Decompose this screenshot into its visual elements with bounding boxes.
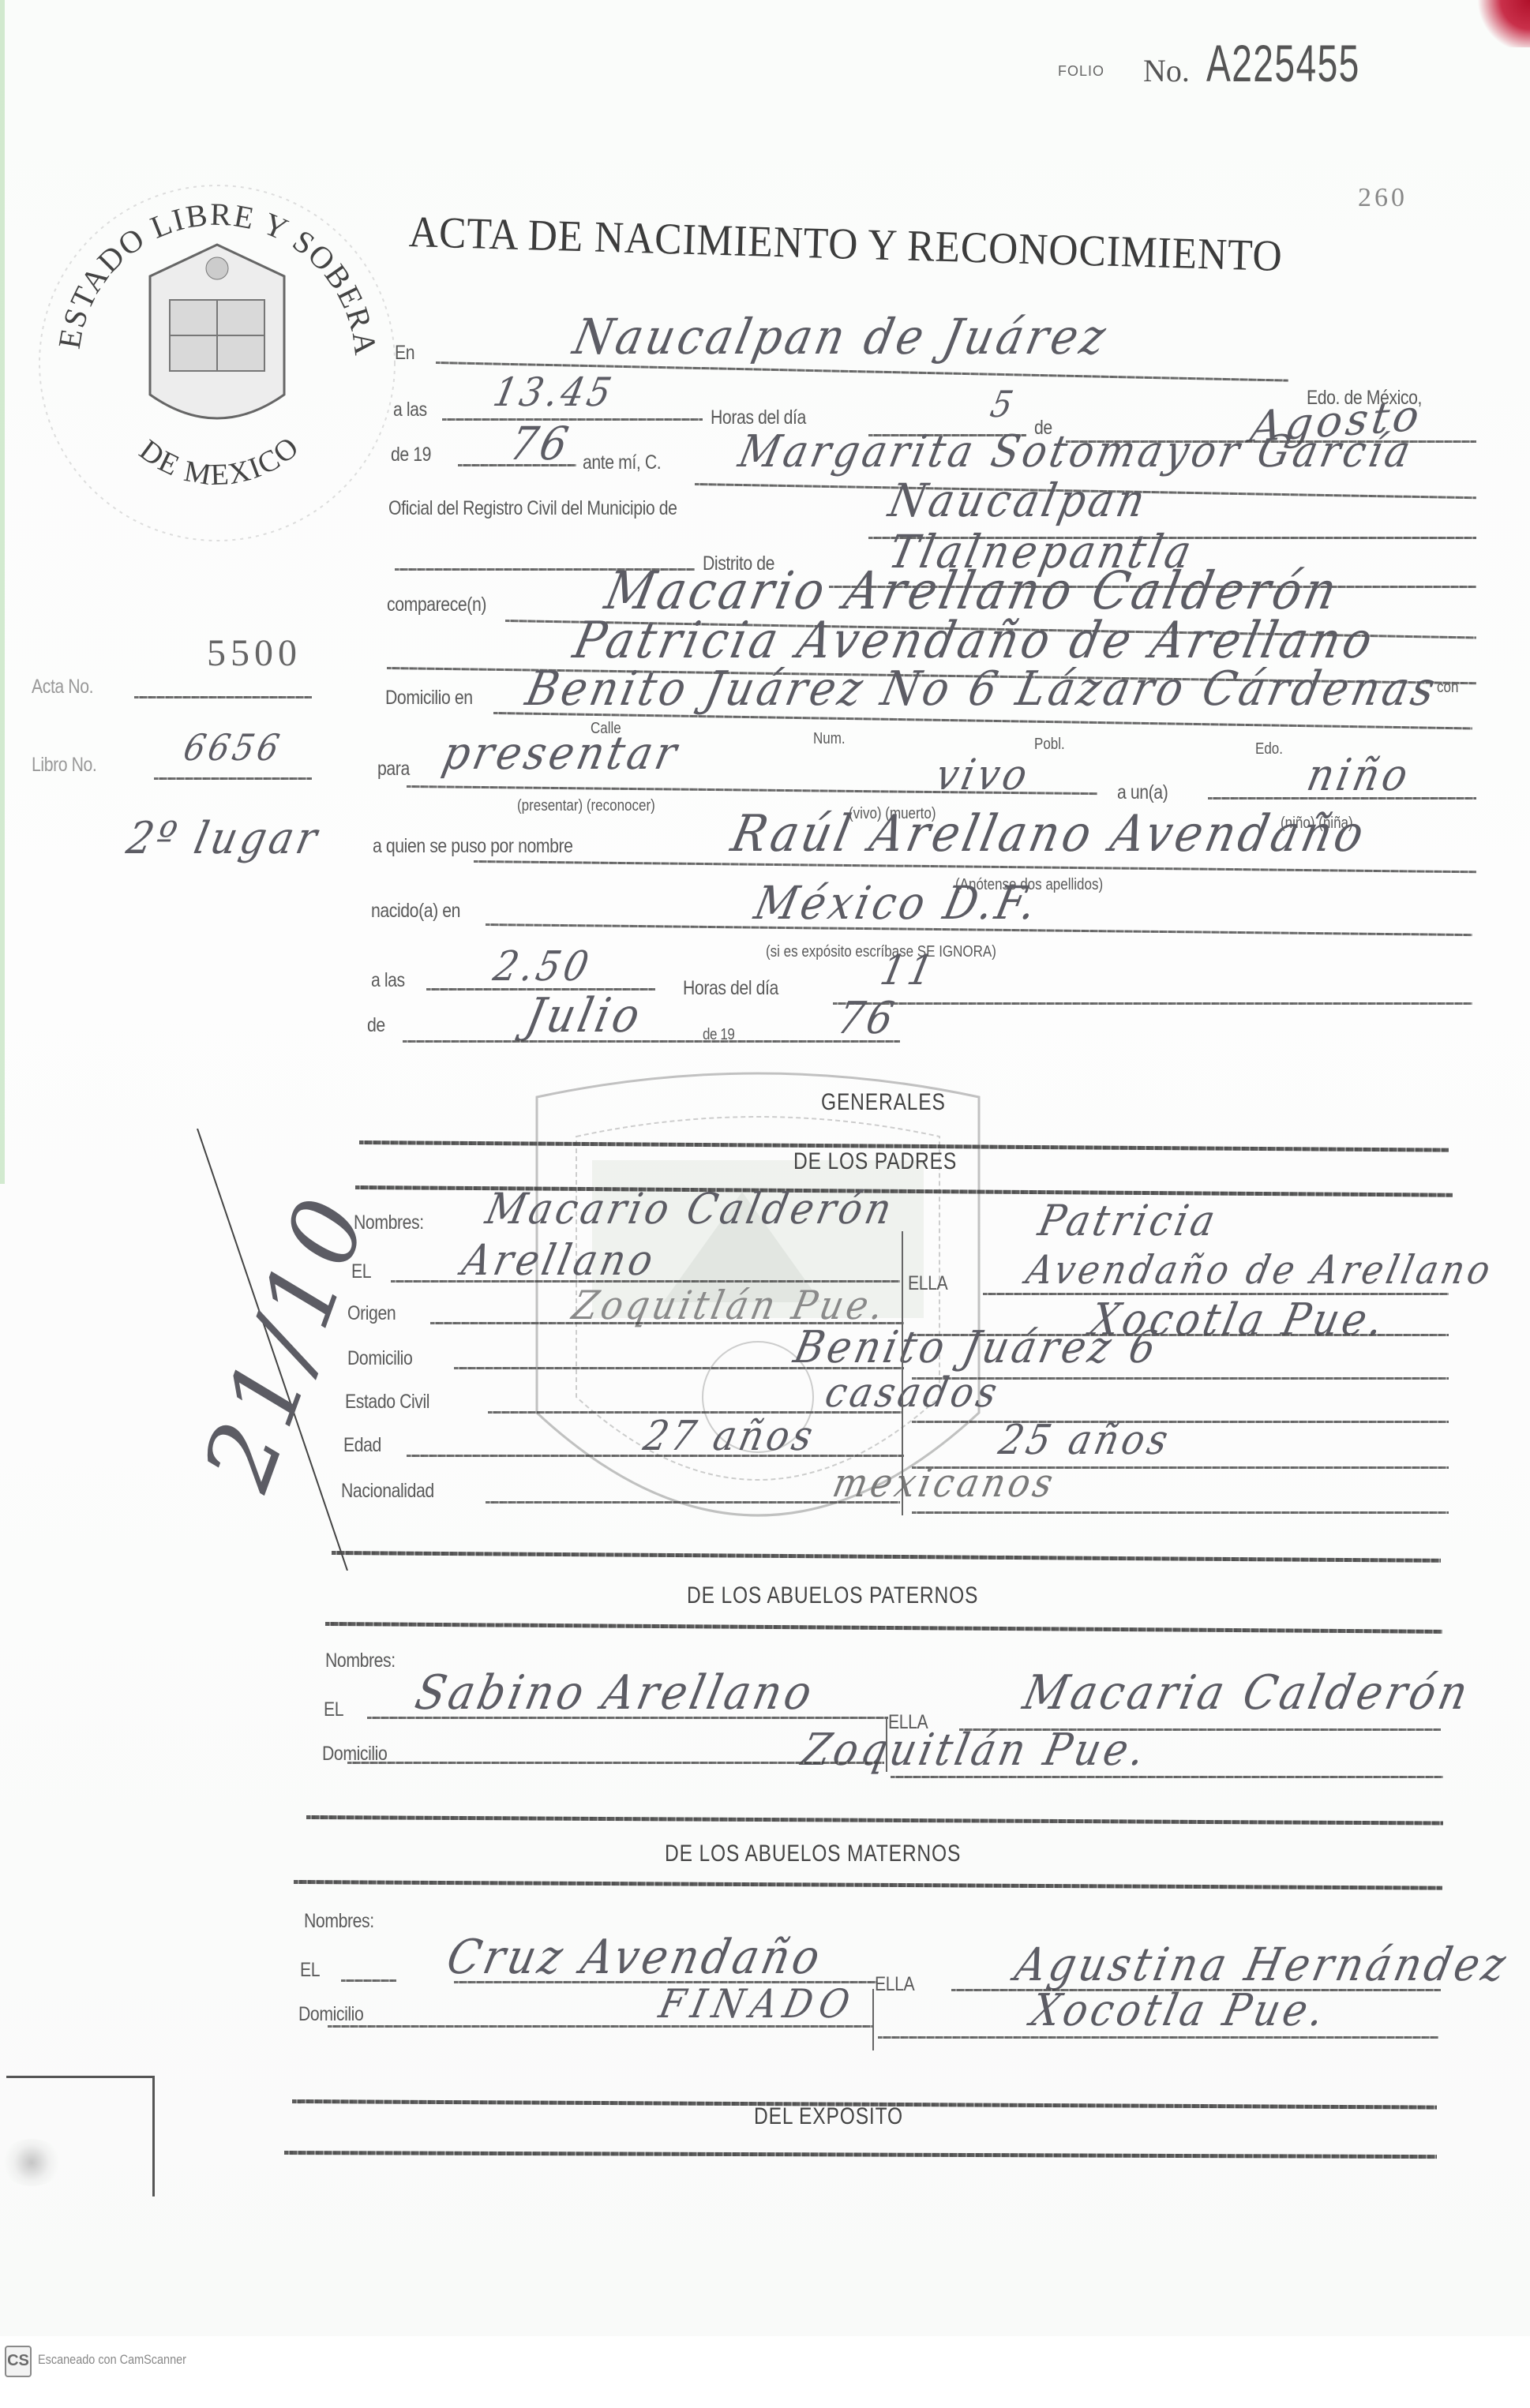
scan-edge <box>0 0 5 1184</box>
folio-no-label: No. <box>1143 52 1190 89</box>
padres-ella-label: ELLA <box>908 1272 947 1295</box>
para-value: presentar <box>438 726 685 780</box>
domicilio-value: Benito Juárez No 6 Lázaro Cárdenas <box>521 661 1443 717</box>
padres-ella-edad: 25 años <box>995 1417 1176 1464</box>
paternos-nombres-label: Nombres: <box>325 1650 396 1672</box>
dia-value: 5 <box>987 383 1020 425</box>
section-abuelos-maternos: DE LOS ABUELOS MATERNOS <box>665 1841 961 1867</box>
padres-estado-civil-label: Estado Civil <box>345 1391 429 1414</box>
en-value: Naucalpan de Juárez <box>568 308 1114 365</box>
margin-note: 2º lugar <box>122 813 325 864</box>
padres-origen-label: Origen <box>347 1302 396 1325</box>
anio-line <box>458 464 576 466</box>
maternos-ella-label: ELLA <box>875 1973 914 1996</box>
section-padres: DE LOS PADRES <box>793 1148 957 1175</box>
padres-domicilio-label: Domicilio <box>347 1347 412 1370</box>
nac-de-label: de <box>367 1014 385 1037</box>
libro-number-line <box>154 777 312 780</box>
municipio-value: Naucalpan <box>884 474 1153 527</box>
maternos-ella-domicilio-line <box>878 2036 1438 2039</box>
nino-value: niño <box>1303 750 1416 801</box>
maternos-el-label: EL <box>300 1959 320 1982</box>
padres-nacionalidad-label: Nacionalidad <box>341 1480 434 1503</box>
padres-ella-nombre-2: Avendaño de Arellano <box>1022 1247 1498 1293</box>
pobl-label: Pobl. <box>1034 736 1065 754</box>
nac-dia-line <box>833 1002 1472 1005</box>
nac-horas-label: Horas del día <box>683 977 778 1000</box>
section-exposito: DEL EXPOSITO <box>754 2103 903 2130</box>
red-corner-mark <box>1475 0 1530 47</box>
folio-number: A225455 <box>1206 33 1360 93</box>
edo-short-label: Edo. <box>1255 740 1283 758</box>
para-label: para <box>377 758 410 781</box>
nac-hora-value: 2.50 <box>489 943 596 991</box>
hora-value: 13.45 <box>489 369 619 415</box>
abuelos-maternos-rule <box>294 1880 1442 1890</box>
nino-line <box>1208 797 1476 800</box>
nombre-label: a quien se puso por nombre <box>373 835 573 858</box>
scanner-watermark-text: Escaneado con CamScanner <box>38 2352 186 2368</box>
paternos-domicilio-line-ella <box>891 1776 1443 1778</box>
expuesto-hint: (si es expósito escríbase SE IGNORA) <box>766 943 996 961</box>
padres-ella-nombre-1: Patricia <box>1034 1196 1223 1245</box>
acta-number-line <box>134 696 312 698</box>
paternos-el-label: EL <box>324 1698 343 1721</box>
acta-number-value: 5500 <box>207 631 302 675</box>
libro-number-label: Libro No. <box>32 754 96 777</box>
maternos-ella-nombre: Agustina Hernández <box>1011 1938 1514 1991</box>
oficial-value: Margarita Sotomayor García <box>734 426 1418 477</box>
maternos-domicilio-label: Domicilio <box>298 2003 363 2026</box>
nac-las-label: a las <box>371 969 405 992</box>
ante-label: ante mí, C. <box>583 451 661 474</box>
padres-domicilio: Benito Juárez 6 <box>789 1322 1164 1373</box>
nac-dia-value: 11 <box>876 947 940 994</box>
paternos-el-nombre: Sabino Arellano <box>411 1665 820 1721</box>
comparece-label: comparece(n) <box>387 594 486 616</box>
oficial-label: Oficial del Registro Civil del Municipio… <box>388 497 677 520</box>
libro-number-value: 6656 <box>180 726 287 769</box>
a-un-label: a un(a) <box>1117 781 1168 804</box>
nombre-value: Raúl Arellano Avendaño <box>726 805 1372 863</box>
padres-nombres-label: Nombres: <box>354 1211 424 1234</box>
padres-nacionalidad-line-ella <box>912 1511 1449 1514</box>
abuelos-maternos-top-rule <box>306 1815 1443 1826</box>
acta-number-label: Acta No. <box>32 676 93 698</box>
ink-smudge <box>0 2139 63 2186</box>
folio-label: FOLIO <box>1058 63 1104 80</box>
presentar-hint: (presentar) (reconocer) <box>517 797 655 815</box>
padres-el-edad: 27 años <box>639 1413 820 1460</box>
maternos-ella-domicilio: Xocotla Pue. <box>1026 1985 1332 2036</box>
exposito-rule <box>284 2151 1437 2159</box>
maternos-el-line-short <box>341 1979 396 1982</box>
maternos-el-nombre: Cruz Avendaño <box>442 1930 828 1985</box>
padres-nacionalidad: mexicanos <box>829 1460 1060 1506</box>
paternos-domicilio: Zoquitlán Pue. <box>797 1725 1153 1776</box>
state-seal-icon: ESTADO LIBRE Y SOBERANO DE MEXICO <box>32 182 418 545</box>
maternos-column-divider <box>872 1989 874 2050</box>
document-title: ACTA DE NACIMIENTO Y RECONOCIMIENTO <box>408 207 1283 282</box>
paternos-ella-nombre: Macaria Calderón <box>1018 1665 1476 1721</box>
section-generales: GENERALES <box>821 1089 946 1116</box>
padres-edad-label: Edad <box>343 1434 381 1457</box>
en-label: En <box>395 342 414 365</box>
padres-estado-civil-line-ella <box>912 1421 1449 1423</box>
con-label: con <box>1437 679 1458 697</box>
scanner-footer: CS Escaneado con CamScanner <box>0 2336 1530 2408</box>
vertical-margin-note: 21/10 <box>150 1129 355 1571</box>
section-abuelos-paternos: DE LOS ABUELOS PATERNOS <box>687 1582 978 1609</box>
paternos-domicilio-line-el <box>347 1762 884 1764</box>
padres-el-nombre-1: Macario Calderón <box>482 1184 899 1234</box>
anio-prefix-label: de 19 <box>391 444 431 466</box>
padres-el-edad-line <box>407 1455 904 1457</box>
padres-nacionalidad-line-el <box>486 1501 900 1504</box>
page-number-stamp: 260 <box>1358 183 1408 213</box>
anio-value: 76 <box>505 417 576 470</box>
las-label: a las <box>393 399 427 421</box>
num-label: Num. <box>813 730 846 748</box>
nacido-label: nacido(a) en <box>371 900 460 923</box>
maternos-el-domicilio: FINADO <box>655 1981 861 2027</box>
camscanner-logo-icon: CS <box>5 2346 32 2377</box>
paternos-column-divider <box>886 1717 887 1772</box>
padres-el-nombre-2: Arellano <box>458 1235 661 1285</box>
scanned-document: FOLIO No. A225455 260 ESTADO LIBRE Y SOB… <box>0 0 1530 2336</box>
svg-text:DE MEXICO: DE MEXICO <box>133 430 306 492</box>
padres-estado-civil: casados <box>821 1369 1004 1417</box>
nacido-value: México D.F. <box>750 876 1044 930</box>
padres-column-divider <box>902 1231 903 1515</box>
maternos-el-domicilio-line <box>328 2025 872 2028</box>
domicilio-label: Domicilio en <box>385 687 473 710</box>
maternos-nombres-label: Nombres: <box>304 1910 374 1933</box>
paternos-el-line <box>367 1717 888 1719</box>
padres-el-label: EL <box>351 1260 371 1283</box>
